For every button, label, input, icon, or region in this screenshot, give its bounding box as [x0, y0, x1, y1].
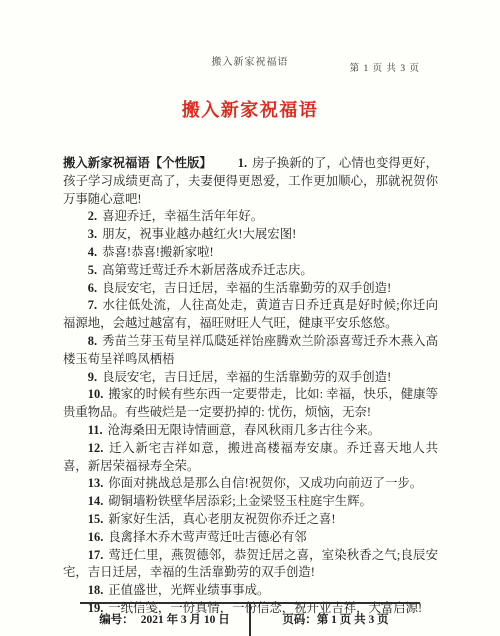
paragraph-item-17: 17.莺迁仁里，燕贺德邻，恭贺迁居之喜，室染秋香之气;良辰安宅，吉日迁居，幸福的… — [63, 547, 438, 583]
paragraph-item-10: 10.搬家的时候有些东西一定要带走，比如: 幸福，快乐，健康等贵重物品。有些破烂… — [63, 386, 438, 422]
section-label: 搬入新家祝福语【个性版】 — [63, 156, 212, 170]
item-number: 17. — [88, 548, 104, 562]
footer-page-cell: 页码：第 1 页 共 3 页 — [251, 604, 420, 636]
item-number: 10. — [88, 387, 104, 401]
item-number: 8. — [88, 334, 97, 348]
item-text: 水往低处流，人往高处走，黄道吉日乔迁真是好时候;你迁向福源地，会越过越富有，福旺… — [63, 298, 438, 330]
item-text: 砌铜墙粉铁壁华居添彩;上金梁竖玉柱庭宇生辉。 — [108, 494, 372, 508]
footer-page-value: 第 1 页 共 3 页 — [317, 614, 389, 626]
item-number: 1. — [238, 156, 247, 170]
item-number: 16. — [88, 530, 104, 544]
footer-number-value: 2021 年 3 月 10 日 — [141, 614, 230, 626]
item-number: 14. — [88, 494, 104, 508]
paragraph-item-5: 5.高第莺迁莺迁乔木新居落成乔迁志庆。 — [63, 262, 438, 280]
item-text: 恭喜!恭喜!搬新家啦! — [102, 245, 214, 259]
item-text: 新家好生活，真心老朋友祝贺你乔迁之喜! — [108, 512, 335, 526]
item-number: 12. — [88, 441, 104, 455]
paragraph-item-14: 14.砌铜墙粉铁壁华居添彩;上金梁竖玉柱庭宇生辉。 — [63, 493, 438, 511]
item-text: 良禽择木乔木莺声莺迁吐吉德必有邻 — [108, 530, 306, 544]
paragraph-item-16: 16.良禽择木乔木莺声莺迁吐吉德必有邻 — [63, 529, 438, 547]
item-text: 喜迎乔迁，幸福生活年年好。 — [102, 209, 263, 223]
item-number: 11. — [88, 423, 103, 437]
paragraph-item-3: 3.朋友，祝事业越办越红火!大展宏图! — [63, 226, 438, 244]
item-text: 迁入新宅吉祥如意，搬进高楼福寿安康。乔迁喜天地人共喜，新居荣福禄寿全荣。 — [63, 441, 438, 473]
item-number: 15. — [88, 512, 104, 526]
paragraph-item-12: 12.迁入新宅吉祥如意，搬进高楼福寿安康。乔迁喜天地人共喜，新居荣福禄寿全荣。 — [63, 440, 438, 476]
item-number: 4. — [88, 245, 97, 259]
paragraph-item-7: 7.水往低处流，人往高处走，黄道吉日乔迁真是好时候;你迁向福源地，会越过越富有，… — [63, 297, 438, 333]
item-text: 良辰安宅，吉日迁居，幸福的生活靠勤劳的双手创造! — [102, 281, 391, 295]
paragraph-item-13: 13.你面对挑战总是那么自信!祝贺你，又成功向前迈了一步。 — [63, 475, 438, 493]
document-page: 搬入新家祝福语 第 1 页 共 3 页 搬入新家祝福语 搬入新家祝福语【个性版】… — [0, 0, 500, 636]
footer-page-label: 页码： — [282, 614, 317, 626]
header-page-indicator: 第 1 页 共 3 页 — [350, 60, 420, 74]
item-text: 你面对挑战总是那么自信!祝贺你，又成功向前迈了一步。 — [108, 476, 422, 490]
item-number: 6. — [88, 281, 97, 295]
item-number: 3. — [88, 227, 97, 241]
item-text: 良辰安宅，吉日迁居，幸福的生活靠勤劳的双手创造! — [102, 370, 391, 384]
item-text: 正值盛世，光辉业绩事事成。 — [108, 583, 269, 597]
header-title: 搬入新家祝福语 — [0, 53, 500, 68]
paragraph-item-9: 9.良辰安宅，吉日迁居，幸福的生活靠勤劳的双手创造! — [63, 369, 438, 387]
item-text: 秀苗兰芽玉荀呈祥瓜瓞延祥饴座腾欢兰阶添喜莺迁乔木燕入高楼玉荀呈祥鸣凤栖梧 — [63, 334, 438, 366]
paragraph-item-4: 4.恭喜!恭喜!搬新家啦! — [63, 244, 438, 262]
item-text: 搬家的时候有些东西一定要带走，比如: 幸福，快乐，健康等贵重物品。有些破烂是一定… — [63, 387, 438, 419]
item-text: 沧海桑田无限诗情画意，春风秋雨几多古往今来。 — [108, 423, 381, 437]
paragraph-item-15: 15.新家好生活，真心老朋友祝贺你乔迁之喜! — [63, 511, 438, 529]
document-body: 搬入新家祝福语【个性版】1.房子换新的了，心情也变得更好，孩子学习成绩更高了，夫… — [63, 155, 438, 618]
paragraph-item-8: 8.秀苗兰芽玉荀呈祥瓜瓞延祥饴座腾欢兰阶添喜莺迁乔木燕入高楼玉荀呈祥鸣凤栖梧 — [63, 333, 438, 369]
paragraph-item-18: 18.正值盛世，光辉业绩事事成。 — [63, 582, 438, 600]
item-number: 7. — [88, 298, 97, 312]
paragraph-item-11: 11.沧海桑田无限诗情画意，春风秋雨几多古往今来。 — [63, 422, 438, 440]
item-text: 高第莺迁莺迁乔木新居落成乔迁志庆。 — [102, 263, 313, 277]
page-title: 搬入新家祝福语 — [0, 96, 500, 122]
footer-number-cell: 编号：2021 年 3 月 10 日 — [80, 604, 251, 636]
footer-number-label: 编号： — [99, 614, 134, 626]
paragraph-item-1: 搬入新家祝福语【个性版】1.房子换新的了，心情也变得更好，孩子学习成绩更高了，夫… — [63, 155, 438, 208]
item-text: 莺迁仁里，燕贺德邻，恭贺迁居之喜，室染秋香之气;良辰安宅，吉日迁居，幸福的生活靠… — [63, 548, 438, 580]
item-number: 18. — [88, 583, 104, 597]
paragraph-item-2: 2.喜迎乔迁，幸福生活年年好。 — [63, 208, 438, 226]
item-number: 2. — [88, 209, 97, 223]
footer: 编号：2021 年 3 月 10 日 页码：第 1 页 共 3 页 — [80, 602, 420, 636]
item-number: 13. — [88, 476, 104, 490]
item-number: 5. — [88, 263, 97, 277]
item-text: 朋友，祝事业越办越红火!大展宏图! — [102, 227, 296, 241]
item-number: 9. — [88, 370, 97, 384]
paragraph-item-6: 6.良辰安宅，吉日迁居，幸福的生活靠勤劳的双手创造! — [63, 280, 438, 298]
